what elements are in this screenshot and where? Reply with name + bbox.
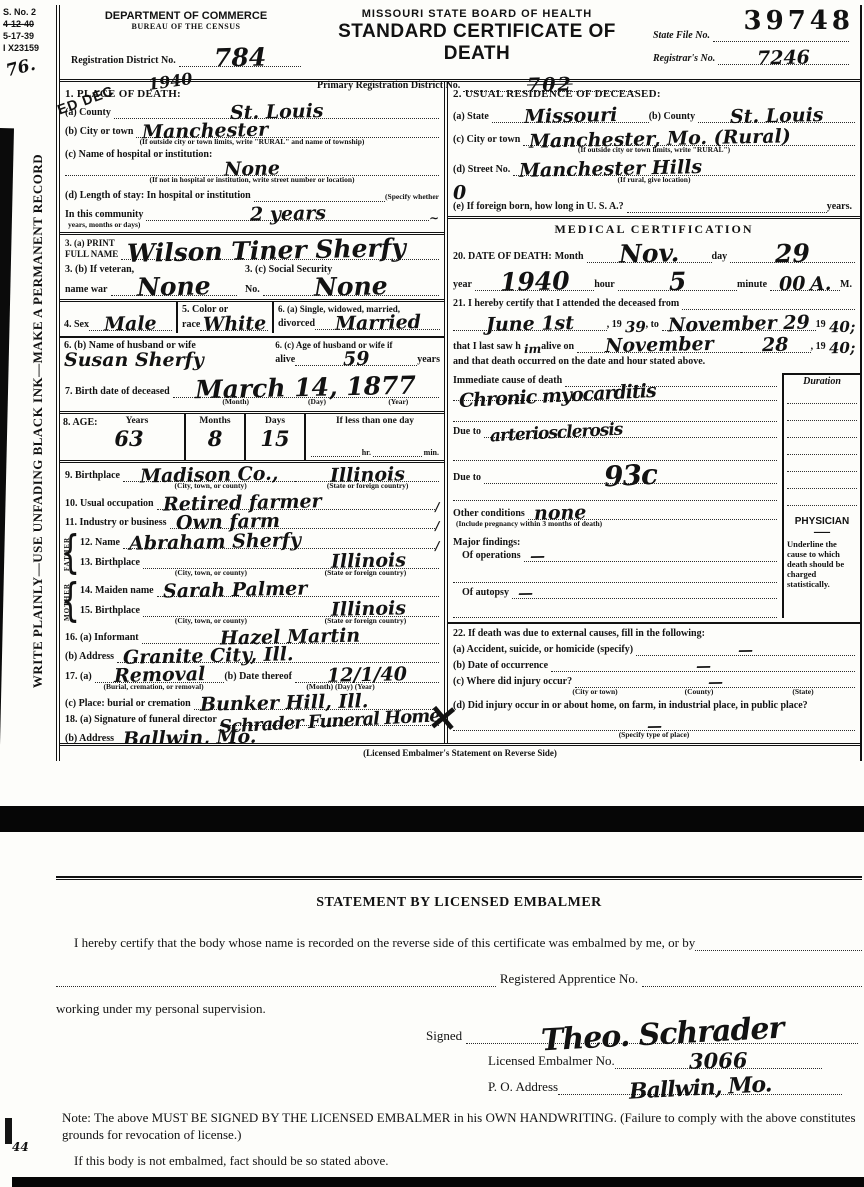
foreign-born-label: (e) If foreign born, how long in U. S. A… (453, 201, 624, 213)
section-industry: 11. Industry or business Own farm / (60, 514, 444, 529)
age-years-value: 63 (114, 426, 143, 451)
stay-note: (Specify whether (385, 193, 439, 202)
last-month-line: November (577, 337, 740, 352)
ssn-no-label: No. (245, 284, 260, 296)
section-name: 3. (a) PRINT FULL NAME Wilson Tiner Sher… (60, 238, 444, 296)
primary-district-value: 702 (527, 77, 573, 94)
attended-to-value: November 29 (668, 315, 810, 334)
color-line: White (200, 316, 268, 331)
handwritten-page-number: 44 (12, 1140, 29, 1154)
injury-state-note: (State) (751, 688, 855, 697)
industry-line: Own farm (170, 514, 435, 529)
informant-line: Hazel Martin (142, 629, 439, 644)
alive-label: alive (275, 354, 295, 366)
death-year-value: 1940 (500, 270, 570, 293)
mother-brace: { (61, 579, 80, 624)
industry-value: Own farm (175, 513, 279, 531)
section-usual-residence: 2. USUAL RESIDENCE OF DECEASED: (a) Stat… (448, 88, 860, 213)
min-label: min. (424, 448, 439, 457)
death-hour-value: 5 (668, 271, 686, 293)
accident-value: — (738, 644, 753, 657)
funeral-address-label: (b) Address (65, 733, 114, 743)
city-label: (b) City or town (65, 126, 133, 138)
community-mark: ~ (429, 213, 439, 223)
embalmer-signature: Theo. Schrader (540, 1017, 783, 1054)
death-minute-value: 00 (779, 276, 806, 293)
full-name-label: FULL NAME (65, 249, 118, 260)
residence-state-label: (a) State (453, 111, 489, 123)
major-findings-label: Major findings: (453, 537, 520, 549)
accident-line: — (636, 644, 855, 656)
margin-instruction-text: WRITE PLAINLY—USE UNFADING BLACK INK—MAK… (30, 101, 46, 741)
months-header: Months (199, 416, 230, 426)
community-value: 2 years (249, 205, 325, 223)
accident-label: (a) Accident, suicide, or homicide (spec… (453, 644, 633, 656)
embalmer-statement: STATEMENT BY LICENSED EMBALMER I hereby … (56, 876, 862, 1169)
certificate-body: DEPARTMENT OF COMMERCE BUREAU OF THE CEN… (56, 5, 862, 761)
father-birthplace-label: 13. Birthplace (80, 557, 140, 569)
section-sex-color-marital: 4. Sex Male 5. Color or race White 6. (a… (60, 302, 444, 333)
attended-from-value: June 1st (486, 315, 574, 333)
city-value: Manchester (142, 122, 269, 141)
death-year-line: 1940 (475, 271, 594, 291)
attended-tail-line (682, 299, 855, 310)
occurrence-date-label: (b) Date of occurrence (453, 660, 548, 672)
age-years-cell: 8. AGE: Years 63 (60, 414, 186, 460)
last-month-value: November (604, 336, 713, 354)
bureau-line: BUREAU OF THE CENSUS (66, 22, 306, 31)
duration-sidebar: Duration PHYSICIAN — Underline the cause… (782, 373, 860, 618)
color-value: White (202, 316, 266, 333)
residence-county-line: St. Louis (698, 108, 855, 123)
residence-state-value: Missouri (523, 107, 617, 125)
y2-label: 19 (816, 319, 826, 331)
rule (448, 216, 860, 219)
section-birth-date: 7. Birth date of deceased March 14, 1877… (60, 377, 444, 406)
funeral-director-line: Schrader Funeral Home (220, 715, 439, 726)
ssn-value: None (314, 275, 388, 298)
birth-date-value: March 14, 1877 (195, 375, 416, 401)
hospital-label: (c) Name of hospital or institution: (65, 149, 212, 161)
po-address-label: P. O. Address (488, 1079, 558, 1095)
veteran-value: None (137, 275, 211, 298)
section-place-of-death: 1. PLACE OF DEATH: (a) County St. Louis … (60, 88, 444, 229)
date-thereof-label: (b) Date thereof (224, 671, 292, 683)
community-line: 2 years (146, 206, 429, 221)
print-label: 3. (a) PRINT (65, 238, 118, 249)
injury-county-note: (County) (647, 688, 751, 697)
father-rail: FATHER { (60, 530, 75, 577)
to-label: , to (646, 319, 659, 331)
foreign-born-line (627, 202, 827, 213)
hour-label: hour (594, 279, 615, 291)
mother-name-line: Sarah Palmer (157, 582, 439, 597)
registration-district-label: Registration District No. (71, 55, 176, 67)
min-line (373, 449, 422, 457)
community-label: In this community (65, 209, 143, 221)
immediate-cause-write-line: Chronic myocarditis (453, 389, 777, 401)
date-of-death-label: 20. DATE OF DEATH: (453, 251, 552, 263)
mother-birthplace-value: Illinois (331, 601, 406, 619)
state-file-line (713, 31, 849, 42)
birthplace-state-line: Illinois (295, 467, 439, 482)
informant-address-label: (b) Address (65, 651, 114, 663)
sex-value: Male (104, 316, 157, 333)
section-mother: MOTHER { 14. Maiden name Sarah Palmer 15… (60, 578, 444, 625)
father-brace: { (61, 531, 80, 576)
form-date-line: 5-17-39 (3, 30, 39, 42)
duration-line (787, 387, 857, 404)
industry-tick: / (435, 521, 440, 531)
last-day-value: 28 (762, 337, 789, 354)
funeral-address-value: Ballwin, Mo. (123, 729, 257, 743)
certificate-title: STANDARD CERTIFICATE OF DEATH (312, 21, 642, 65)
death-certificate-scan: S. No. 2 4-12-40 5-17-39 I X23159 76. WR… (0, 0, 864, 1187)
disposition-line: Removal (95, 667, 225, 682)
age-days-cell: Days 15 (246, 414, 306, 460)
mother-bp-note1: (City, town, or county) (130, 617, 292, 626)
age-days-value: 15 (260, 426, 289, 451)
of-operations-line: — (524, 550, 777, 562)
registration-district-line: 784 (179, 47, 301, 67)
section-cause-of-death: Immediate cause of death Chronic myocard… (448, 373, 860, 618)
y3-value: 40; (828, 342, 855, 355)
alive-on-label: alive on (541, 341, 574, 353)
father-bp-note1: (City, town, or county) (130, 569, 292, 578)
other-conditions-note: (Include pregnancy within 3 months of de… (448, 520, 782, 529)
embalmer-certify-text: I hereby certify that the body whose nam… (56, 935, 695, 951)
apprentice-label: Registered Apprentice No. (500, 971, 638, 987)
certificate-columns: 1. PLACE OF DEATH: (a) County St. Louis … (60, 79, 860, 743)
length-of-stay-label: (d) Length of stay: In hospital or insti… (65, 190, 251, 202)
due-to-2-line: 93c (484, 465, 777, 484)
age-months-cell: Months 8 (186, 414, 246, 460)
injury-place-label: (d) Did injury occur in or about home, o… (453, 700, 808, 712)
immediate-cause-value: Chronic myocarditis (459, 383, 656, 408)
registration-district-value: 784 (214, 46, 267, 68)
mother-rail: MOTHER { (60, 578, 75, 625)
occurrence-date-value: — (695, 660, 710, 673)
embalmer-title: STATEMENT BY LICENSED EMBALMER (56, 895, 862, 911)
form-date-struck: 4-12-40 (3, 18, 39, 30)
form-code-line: I X23159 (3, 42, 39, 54)
father-tick: / (435, 541, 440, 551)
license-no-value: 3066 (689, 1051, 748, 1070)
section-occupation: 10. Usual occupation Retired farmer / (60, 495, 444, 510)
other-conditions-value: none (534, 505, 587, 522)
death-day-line: 29 (730, 243, 855, 263)
death-minute-line: 00 A. (770, 276, 840, 291)
right-column: 2. USUAL RESIDENCE OF DECEASED: (a) Stat… (448, 82, 860, 743)
father-name-line: Abraham Sherfy (123, 534, 435, 549)
mother-birthplace-line (143, 606, 298, 617)
date-thereof-line: 12/1/40 (295, 667, 439, 682)
section-disposition: 17. (a) Removal (b) Date thereof 12/1/40… (60, 667, 444, 710)
form-number-block: S. No. 2 4-12-40 5-17-39 I X23159 (3, 6, 39, 55)
industry-label: 11. Industry or business (65, 517, 167, 529)
marital-value: Married (334, 314, 420, 332)
duration-line (787, 421, 857, 438)
hr-label: hr. (362, 448, 371, 457)
injury-place-line: — (453, 720, 855, 732)
birthplace-value: Madison Co., (140, 466, 279, 485)
age-label: 8. AGE: (63, 417, 97, 428)
due-to-1-label: Due to (453, 426, 481, 438)
of-operations-value: — (529, 550, 544, 563)
other-conditions-line: none (528, 505, 777, 520)
spouse-name-value: Susan Sherfy (64, 349, 204, 371)
external-causes-heading: 22. If death was due to external causes,… (453, 628, 705, 640)
last-saw-label: that I last saw h (453, 341, 521, 353)
sex-label: 4. Sex (64, 319, 89, 331)
name-war-label: name war (65, 284, 108, 296)
birth-date-label: 7. Birth date of deceased (65, 386, 170, 398)
birthplace-state: Illinois (330, 467, 405, 485)
last-saw-him: im (524, 344, 541, 355)
registrar-no-label: Registrar's No. (653, 53, 715, 65)
residence-county-value: St. Louis (730, 107, 824, 125)
hospital-value: None (224, 160, 280, 177)
mother-name-label: 14. Maiden name (80, 585, 154, 597)
section-external-causes: 22. If death was due to external causes,… (448, 622, 860, 743)
informant-label: 16. (a) Informant (65, 632, 139, 644)
father-name-value: Abraham Sherfy (129, 533, 301, 553)
due-to-1-line: arteriosclerosis (484, 427, 777, 438)
residence-city-line: Manchester, Mo. (Rural) (523, 131, 855, 146)
divorced-label: divorced (278, 318, 315, 330)
less-than-day-header: If less than one day (336, 416, 414, 426)
decedent-name: Wilson Tiner Sherfy (127, 237, 406, 264)
scan-edge-artifact (0, 128, 14, 756)
po-address-line: Ballwin, Mo. (558, 1080, 842, 1095)
years-header: Years (126, 416, 149, 426)
due-to-2-label: Due to (453, 472, 481, 484)
zero-mark: 0 (453, 185, 467, 201)
signed-label: Signed (426, 1028, 462, 1044)
race-label: race (182, 319, 200, 331)
y1-value: 39 (625, 320, 646, 333)
residence-city-value: Manchester, Mo. (Rural) (529, 128, 791, 150)
days-header: Days (265, 416, 285, 426)
full-name-line: Wilson Tiner Sherfy (121, 240, 439, 260)
registrar-no-value: 7246 (757, 49, 810, 66)
header-file-numbers: 39748 State File No. Registrar's No. 724… (642, 8, 860, 79)
death-month-line: Nov. (587, 243, 712, 263)
section-father: FATHER { 12. Name Abraham Sherfy / 13. B… (60, 530, 444, 577)
due-to-1-value: arteriosclerosis (490, 424, 623, 445)
mother-birthplace-state-line: Illinois (298, 601, 439, 616)
embalmer-note: Note: The above MUST BE SIGNED BY THE LI… (56, 1109, 862, 1144)
section-attendance: 21. I hereby certify that I attended the… (448, 298, 860, 367)
scan-blob-artifact (5, 1118, 12, 1144)
birthplace-label: 9. Birthplace (65, 470, 120, 482)
certificate-header: DEPARTMENT OF COMMERCE BUREAU OF THE CEN… (60, 5, 860, 79)
medical-certification-heading: MEDICAL CERTIFICATION (448, 222, 860, 237)
years-label: years (417, 354, 440, 366)
form-number-line: S. No. 2 (3, 6, 39, 18)
duration-header: Duration (787, 376, 857, 387)
county-line: St. Louis (114, 104, 439, 119)
y2-value: 40; (828, 320, 855, 333)
occurred-label: and that death occurred on the date and … (453, 356, 705, 368)
father-birthplace-line (143, 558, 298, 569)
month-label: Month (555, 251, 584, 263)
meridiem-label: M. (840, 279, 852, 291)
ssn-line: None (263, 276, 439, 296)
hr-line (311, 449, 360, 457)
residence-state-line: Missouri (492, 108, 649, 123)
header-agency: DEPARTMENT OF COMMERCE BUREAU OF THE CEN… (60, 8, 312, 79)
board-line: MISSOURI STATE BOARD OF HEALTH (312, 8, 642, 20)
mother-birthplace-label: 15. Birthplace (80, 605, 140, 617)
of-autopsy-line: — (512, 587, 777, 599)
embalmer-note-2: If this body is not embalmed, fact shoul… (56, 1153, 862, 1169)
residence-county-label: (b) County (649, 111, 695, 123)
disposition-value: Removal (114, 666, 206, 684)
injury-where-label: (c) Where did injury occur? (453, 676, 572, 688)
informant-address-line: Granite City, Ill. (117, 648, 439, 663)
department-line: DEPARTMENT OF COMMERCE (66, 10, 306, 22)
year-label: year (453, 279, 472, 291)
spouse-age-value: 59 (343, 351, 370, 368)
duration-line (787, 404, 857, 421)
spouse-age-line: 59 (295, 351, 417, 366)
blank-line (453, 607, 777, 618)
injury-where-value: — (707, 676, 722, 689)
apprentice-no-line (642, 976, 862, 987)
duration-line (787, 438, 857, 455)
attended-label: 21. I hereby certify that I attended the… (453, 298, 679, 310)
funeral-director-label: 18. (a) Signature of funeral director (65, 714, 217, 726)
occurrence-date-line: — (551, 660, 855, 672)
x-mark: ✕ (426, 697, 460, 741)
father-name-label: 12. Name (80, 537, 120, 549)
death-ampm-value: A. (809, 276, 831, 293)
minute-label: minute (737, 279, 767, 291)
scan-divider-band (0, 806, 864, 832)
birth-date-line: March 14, 1877 (173, 377, 439, 397)
registrar-no-line: 7246 (718, 50, 849, 65)
duration-line (787, 472, 857, 489)
of-autopsy-label: Of autopsy (462, 587, 509, 599)
signed-line: Theo. Schrader (466, 1023, 858, 1044)
physician-note: Underline the cause to which death shoul… (787, 539, 857, 589)
death-month-value: Nov. (619, 242, 680, 265)
of-operations-label: Of operations (462, 550, 521, 562)
age-months-value: 8 (208, 426, 223, 451)
occupation-tick: / (435, 502, 440, 512)
city-line: Manchester (136, 123, 439, 138)
attended-to-line: November 29 (662, 316, 816, 331)
license-no-line: 3066 (615, 1052, 822, 1069)
occupation-label: 10. Usual occupation (65, 498, 154, 510)
death-day-value: 29 (775, 242, 810, 264)
section-informant: 16. (a) Informant Hazel Martin (b) Addre… (60, 629, 444, 663)
physician-dash: — (787, 527, 857, 537)
father-birthplace-value: Illinois (331, 553, 406, 571)
injury-place-mark: — (646, 719, 661, 732)
duration-line (787, 455, 857, 472)
section-spouse: 6. (b) Name of husband or wife Susan She… (60, 336, 444, 373)
po-address-value: Ballwin, Mo. (628, 1077, 771, 1102)
section-date-of-death: 20. DATE OF DEATH: Month Nov. day 29 yea… (448, 243, 860, 292)
death-hour-line: 5 (618, 271, 737, 291)
length-of-stay-line (254, 191, 385, 202)
mother-name-value: Sarah Palmer (162, 581, 307, 600)
residence-city-label: (c) City or town (453, 134, 520, 146)
section-birthplace: 9. Birthplace Madison Co., Illinois (Cit… (60, 467, 444, 491)
duration-line (787, 489, 857, 506)
birthplace-line: Madison Co., (123, 467, 295, 482)
father-birthplace-state-line: Illinois (298, 553, 439, 568)
section-age: 8. AGE: Years 63 Months 8 Days 15 If les… (60, 411, 444, 463)
header-title: MISSOURI STATE BOARD OF HEALTH STANDARD … (312, 8, 642, 79)
handwritten-margin-number: 76. (4, 55, 38, 82)
day-label: day (712, 251, 728, 263)
embalmed-by-line (695, 940, 862, 951)
age-less-day-cell: If less than one day hr. min. (306, 414, 444, 460)
state-file-label: State File No. (653, 30, 710, 42)
street-no-line: Manchester Hills (513, 161, 855, 176)
reverse-side-note: (Licensed Embalmer's Statement on Revers… (60, 743, 860, 758)
section-funeral-director: 18. (a) Signature of funeral director Sc… (60, 714, 444, 743)
hospital-line: None (65, 161, 439, 176)
foreign-born-tail: years. (827, 201, 852, 213)
marital-line: Married (315, 315, 440, 330)
due-to-2-value: 93c (603, 463, 657, 488)
occupation-line: Retired farmer (157, 495, 435, 510)
attended-from-line: June 1st (453, 316, 607, 331)
apprentice-name-line (56, 976, 496, 987)
left-column: 1. PLACE OF DEATH: (a) County St. Louis … (60, 82, 448, 743)
scan-bottom-bar (12, 1177, 864, 1187)
y3-label: , 19 (811, 341, 826, 353)
double-rule (56, 876, 862, 880)
y1-label: , 19 (607, 319, 622, 331)
disposition-label: 17. (a) (65, 671, 92, 683)
of-autopsy-value: — (518, 587, 533, 600)
sex-line: Male (89, 316, 172, 331)
veteran-line: None (111, 276, 238, 296)
last-day-line: 28 (741, 337, 811, 352)
burial-place-label: (c) Place: burial or cremation (65, 698, 191, 710)
street-no-label: (d) Street No. (453, 164, 510, 176)
blank-line (453, 572, 777, 583)
street-no-value: Manchester Hills (519, 159, 702, 179)
injury-city-note: (City or town) (543, 688, 647, 697)
date-thereof-value: 12/1/40 (327, 667, 407, 685)
